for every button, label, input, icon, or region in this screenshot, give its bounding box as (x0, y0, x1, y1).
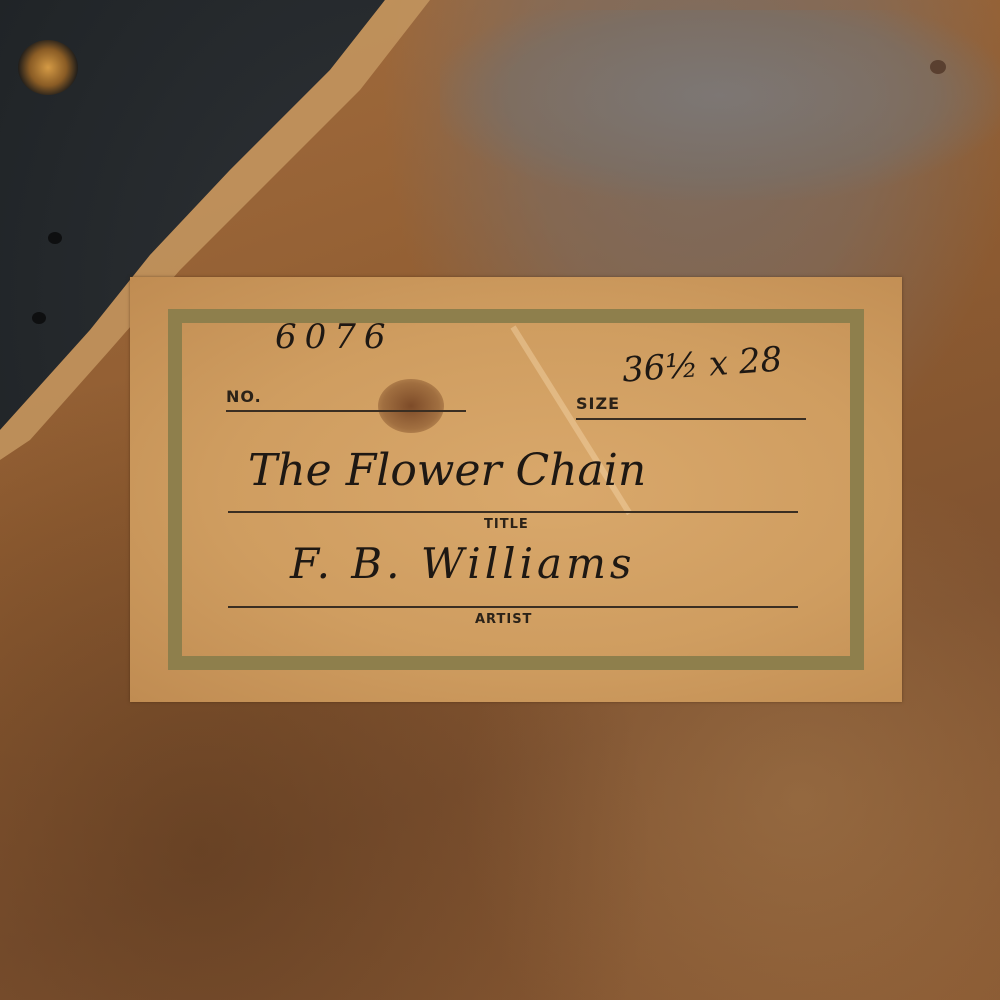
gallery-label: 6076 NO. 36½ x 28 SIZE The Flower Chain … (130, 277, 902, 702)
title-label: TITLE (484, 517, 529, 532)
size-rule (576, 418, 806, 420)
backing-hole (930, 60, 946, 74)
number-value: 6076 (275, 317, 394, 357)
artist-label: ARTIST (475, 612, 532, 627)
size-label: SIZE (576, 394, 620, 413)
frame-damage-spot (18, 40, 78, 95)
artist-rule (228, 606, 798, 608)
nail-hole (32, 312, 46, 324)
title-value: The Flower Chain (248, 445, 646, 496)
gray-residue-patch (440, 10, 1000, 200)
artist-value: F. B. Williams (290, 539, 635, 588)
ink-stain (378, 379, 444, 433)
nail-hole (48, 232, 62, 244)
number-label: NO. (226, 387, 262, 406)
title-rule (228, 511, 798, 513)
number-rule (226, 410, 466, 412)
artwork-backing-photo: 6076 NO. 36½ x 28 SIZE The Flower Chain … (0, 0, 1000, 1000)
